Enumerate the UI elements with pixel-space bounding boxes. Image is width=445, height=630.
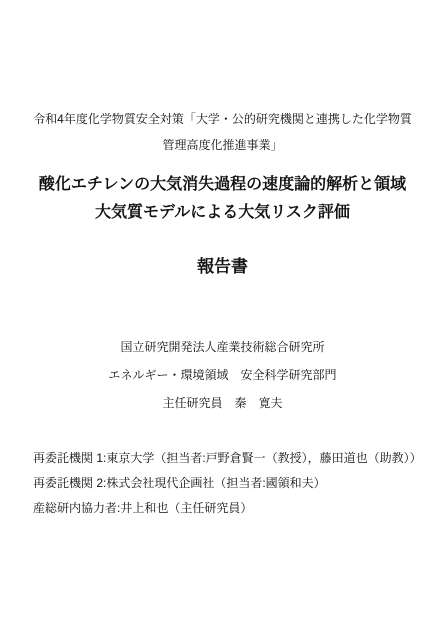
report-cover-page: 令和4年度化学物質安全対策「大学・公的研究機関と連携した化学物質 管理高度化推進… (0, 0, 445, 630)
organization-department: エネルギー・環境領域 安全科学研究部門 (0, 361, 445, 389)
organization-author: 主任研究員 秦 寛夫 (0, 389, 445, 417)
report-title-line1: 酸化エチレンの大気消失過程の速度論的解析と領域 (0, 171, 445, 199)
internal-collaborator: 産総研内協力者:井上和也（主任研究員） (33, 496, 437, 521)
contributors-block: 再委託機関 1:東京大学（担当者:戸野倉賢一（教授），藤田道也（助教）） 再委託… (0, 446, 445, 521)
organization-block: 国立研究開発法人産業技術総合研究所 エネルギー・環境領域 安全科学研究部門 主任… (0, 333, 445, 417)
subcontractor-1: 再委託機関 1:東京大学（担当者:戸野倉賢一（教授），藤田道也（助教）） (33, 446, 437, 471)
report-label: 報告書 (0, 253, 445, 281)
program-name-line1: 令和4年度化学物質安全対策「大学・公的研究機関と連携した化学物質 (0, 106, 445, 132)
report-title: 酸化エチレンの大気消失過程の速度論的解析と領域 大気質モデルによる大気リスク評価 (0, 171, 445, 227)
program-name: 令和4年度化学物質安全対策「大学・公的研究機関と連携した化学物質 管理高度化推進… (0, 106, 445, 158)
organization-institute: 国立研究開発法人産業技術総合研究所 (0, 333, 445, 361)
subcontractor-2: 再委託機関 2:株式会社現代企画社（担当者:國領和夫） (33, 471, 437, 496)
report-title-line2: 大気質モデルによる大気リスク評価 (0, 199, 445, 227)
program-name-line2: 管理高度化推進事業」 (0, 132, 445, 158)
